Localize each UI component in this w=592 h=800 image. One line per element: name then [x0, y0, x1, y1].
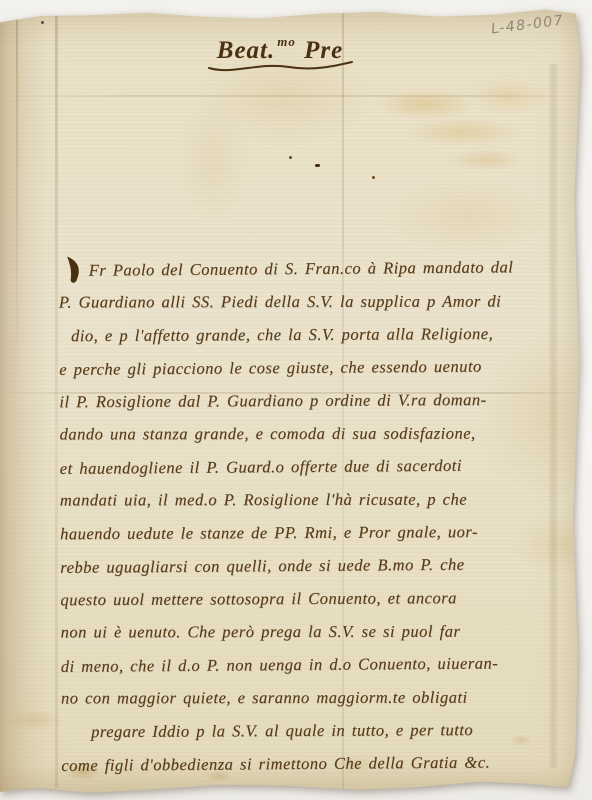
ink-speck [41, 21, 44, 24]
letter-line: dio, e p l'affetto grande, che la S.V. p… [71, 317, 555, 353]
ink-speck [372, 176, 375, 179]
letter-line: non ui è uenuto. Che però prega la S.V. … [61, 614, 557, 648]
letter-line: rebbe uguagliarsi con quelli, onde si ue… [60, 547, 556, 584]
letter-line: hauendo uedute le stanze de PP. Rmi, e P… [60, 515, 556, 551]
letter-line-text: Fr Paolo del Conuento di S. Fran.co à Ri… [89, 257, 514, 279]
opening-flourish-icon [65, 255, 85, 285]
salutation: Beat.mo Pre [190, 34, 370, 75]
photo-background: L-48-007 Beat.mo Pre Fr Paolo del Conuen… [0, 0, 592, 800]
fold-crease-horizontal-top [0, 95, 592, 97]
letter-line: il P. Rosiglione dal P. Guardiano p ordi… [59, 383, 555, 419]
salutation-text: Beat.mo Pre [190, 34, 370, 65]
salutation-word: Beat. [217, 37, 275, 64]
letter-line: e perche gli piacciono le cose giuste, c… [59, 349, 555, 386]
ink-speck [315, 164, 320, 167]
archive-reference-number: L-48-007 [490, 13, 565, 38]
letter-line: dando una stanza grande, e comoda di sua… [60, 416, 556, 450]
salutation-title: Pre [304, 37, 343, 64]
letter-line: mandati uia, il med.o P. Rosiglione l'hà… [60, 482, 556, 516]
letter-line: Fr Paolo del Conuento di S. Fran.co à Ri… [65, 250, 555, 287]
letter-line: pregare Iddio p la S.V. al quale in tutt… [91, 713, 557, 748]
letter-line: et hauendogliene il P. Guard.o offerte d… [60, 448, 556, 485]
ink-speck [289, 156, 292, 159]
manuscript-page: L-48-007 Beat.mo Pre Fr Paolo del Conuen… [0, 0, 592, 800]
letter-line: come figli d'obbedienza si rimettono Che… [61, 745, 557, 782]
letter-line: questo uuol mettere sottosopra il Conuen… [60, 581, 556, 617]
letter-line: P. Guardiano alli SS. Piedi della S.V. l… [59, 284, 555, 318]
paper-shadow-wrap: L-48-007 Beat.mo Pre Fr Paolo del Conuen… [0, 0, 592, 800]
letter-body: Fr Paolo del Conuento di S. Fran.co à Ri… [0, 250, 592, 781]
salutation-superscript: mo [277, 34, 296, 49]
letter-line: di meno, che il d.o P. non uenga in d.o … [61, 646, 557, 683]
letter-line: no con maggior quiete, e saranno maggior… [61, 680, 557, 714]
